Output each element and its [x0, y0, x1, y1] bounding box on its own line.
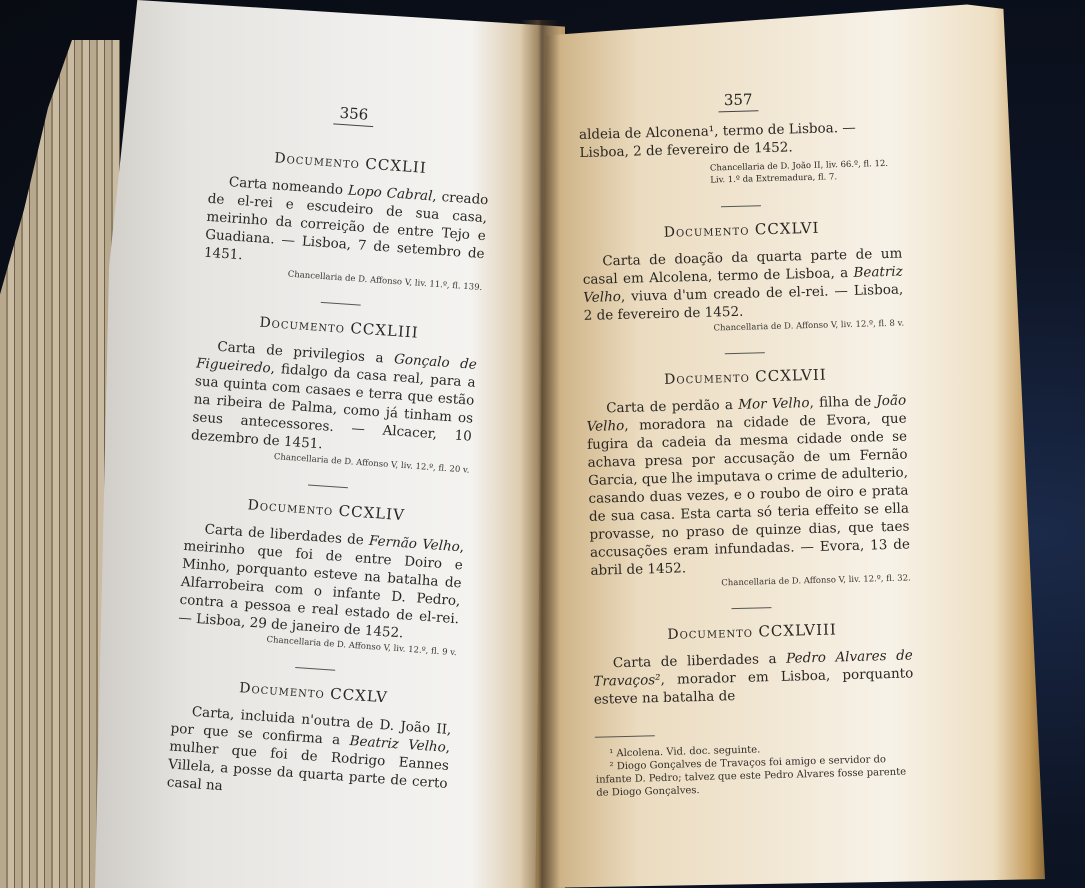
separator [725, 352, 765, 354]
document-text: Carta de doação da quarta parte de um ca… [582, 245, 904, 325]
document-entry: Documento CCXLIII Carta de privilegios a… [190, 308, 480, 475]
right-page-text: 357 aldeia de Alconena¹, termo de Lisboa… [578, 87, 916, 800]
document-text: Carta de perdão a Mor Velho, filha de Jo… [586, 392, 911, 580]
document-entry: Documento CCXLVII Carta de perdão a Mor … [585, 364, 911, 592]
document-entry: Documento CCXLVI Carta de doação da quar… [581, 217, 904, 337]
document-text: Carta de privilegios a Gonçalo de Figuei… [191, 336, 478, 463]
continuation-text: aldeia de Alconena¹, termo de Lisboa. — … [579, 118, 900, 162]
document-entry: Documento CCXLV Carta, incluida n'outra … [166, 674, 454, 811]
document-title: Documento CCXLVI [581, 217, 901, 243]
left-page-text: 356 Documento CCXLII Carta nomeando Lopo… [166, 95, 494, 811]
document-text: Carta de liberdades de Fernão Velho, mei… [178, 519, 465, 646]
document-title: Documento CCXLVIII [592, 618, 912, 644]
separator [295, 667, 335, 671]
document-entry: Documento CCXLII Carta nomeando Lopo Cab… [203, 144, 491, 293]
document-text: Carta de liberdades a Pedro Alvares de T… [593, 646, 914, 708]
book-gutter [520, 20, 560, 888]
document-entry: Documento CCXLVIII Carta de liberdades a… [592, 618, 914, 708]
footnote-separator [595, 735, 655, 738]
separator [321, 302, 361, 306]
document-entry: Documento CCXLIV Carta de liberdades de … [177, 491, 467, 658]
separator [731, 607, 771, 609]
separator [721, 205, 761, 207]
footnote: ² Diogo Gonçalves de Travaços foi amigo … [595, 752, 916, 799]
continuation-entry: aldeia de Alconena¹, termo de Lisboa. — … [579, 118, 901, 190]
separator [308, 484, 348, 488]
continuation-source: Chancellaria de D. João II, liv. 66.º, f… [710, 158, 901, 187]
document-text: Carta nomeando Lopo Cabral, creado de el… [203, 172, 489, 281]
document-title: Documento CCXLVII [585, 364, 905, 390]
